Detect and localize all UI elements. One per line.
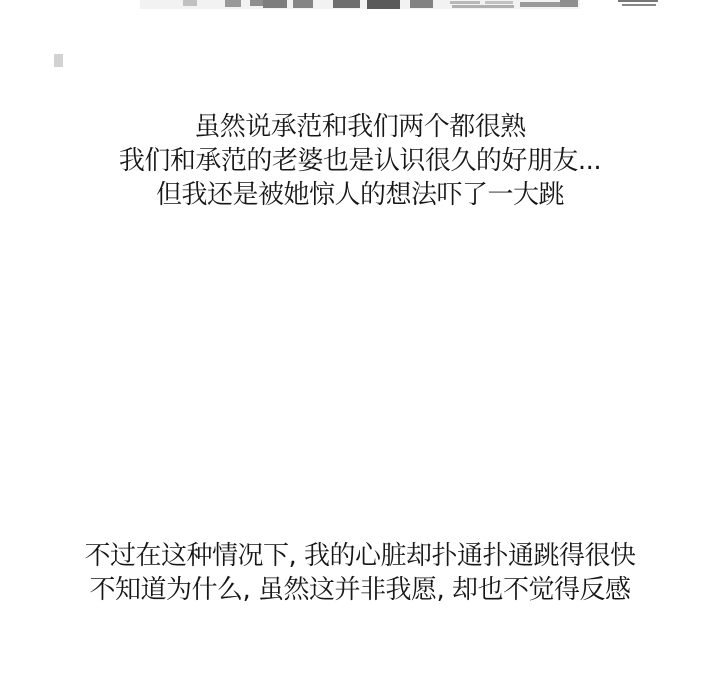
webtoon-page: 虽然说承范和我们两个都很熟 我们和承范的老婆也是认识很久的好朋友... 但我还是… (0, 0, 720, 700)
cutoff-glyph-fragment (410, 0, 433, 8)
cutoff-glyph-fragment (183, 0, 197, 6)
cutoff-glyph-fragment (450, 1, 480, 4)
cutoff-glyph-fragment (333, 0, 360, 8)
remnant-band (140, 0, 580, 9)
cutoff-glyph-fragment (485, 1, 513, 4)
cutoff-glyph-fragment (250, 0, 263, 6)
narration-block-bottom: 不过在这种情况下, 我的心脏却扑通扑通跳得很快 不知道为什么, 虽然这并非我愿,… (0, 539, 720, 607)
narration-line-5: 不知道为什么, 虽然这并非我愿, 却也不觉得反感 (0, 573, 720, 607)
narration-line-2: 我们和承范的老婆也是认识很久的好朋友... (0, 144, 720, 178)
stray-mark (54, 54, 63, 67)
narration-line-3: 但我还是被她惊人的想法吓了一大跳 (0, 178, 720, 212)
cutoff-glyph-fragment (622, 4, 656, 6)
cutoff-glyph-fragment (293, 0, 313, 8)
narration-block-top: 虽然说承范和我们两个都很熟 我们和承范的老婆也是认识很久的好朋友... 但我还是… (0, 110, 720, 212)
cutoff-glyph-fragment (263, 0, 287, 8)
cutoff-glyph-fragment (618, 0, 658, 2)
cutoff-glyph-fragment (520, 2, 560, 7)
narration-line-1: 虽然说承范和我们两个都很熟 (0, 110, 720, 144)
narration-line-4: 不过在这种情况下, 我的心脏却扑通扑通跳得很快 (0, 539, 720, 573)
cutoff-glyph-fragment (560, 0, 578, 7)
cutoff-glyph-fragment (367, 0, 400, 9)
cropped-panel-remnant (0, 0, 720, 12)
cutoff-glyph-fragment (452, 5, 514, 8)
cutoff-glyph-fragment (225, 0, 241, 7)
